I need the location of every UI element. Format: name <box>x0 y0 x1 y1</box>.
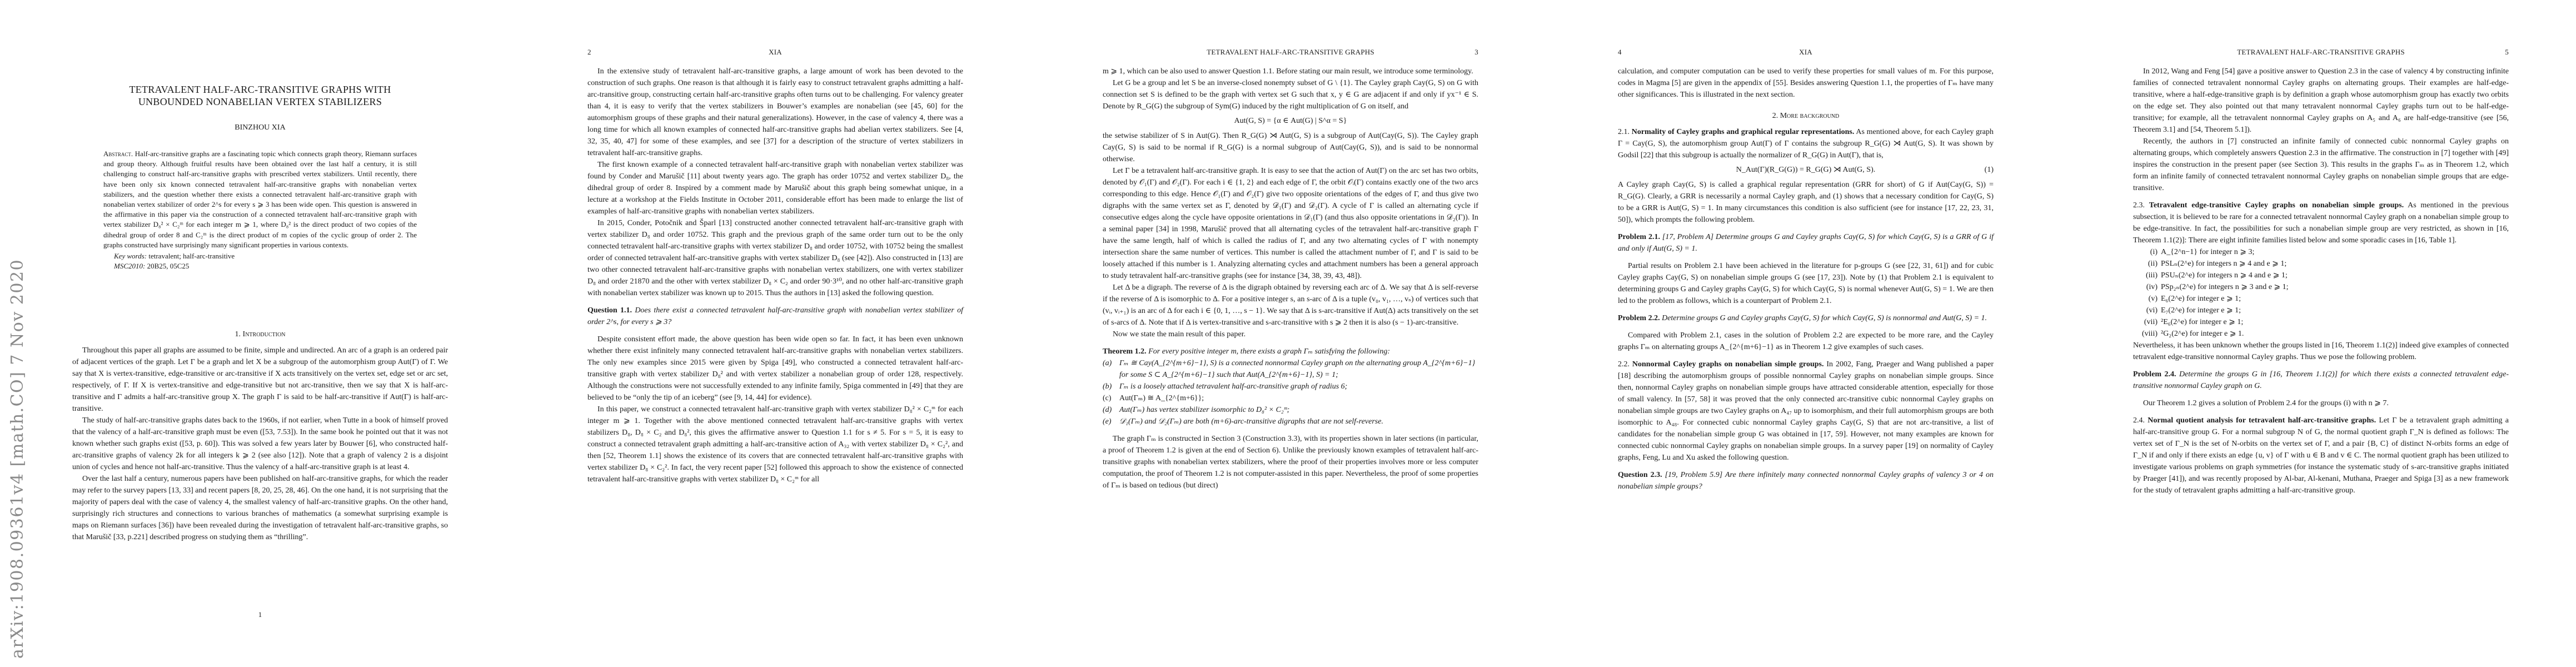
problem-label: Problem 2.1. <box>1618 233 1660 241</box>
item-text: PSLₙ(2^e) for integers n ⩾ 4 and e ⩾ 1; <box>2161 260 2286 268</box>
subsection-2-1: 2.1. Normality of Cayley graphs and grap… <box>1618 126 1994 161</box>
family-item: (ii)PSLₙ(2^e) for integers n ⩾ 4 and e ⩾… <box>2133 258 2509 270</box>
item-label: (c) <box>1103 392 1119 404</box>
subsection-title: Normal quotient analysis for tetravalent… <box>2148 416 2376 425</box>
item-label: (vi) <box>2133 305 2161 316</box>
page-body: In 2012, Wang and Feng [54] gave a posit… <box>2133 66 2509 496</box>
item-text: PSUₙ(2^e) for integers n ⩾ 4 and e ⩾ 1; <box>2161 271 2288 280</box>
paragraph: The graph Γₘ is constructed in Section 3… <box>1103 433 1478 491</box>
question-label: Question 1.1. <box>587 306 632 315</box>
subsection-number: 2.4. <box>2133 416 2145 425</box>
problem-2-2: Problem 2.2. Determine groups G and Cayl… <box>1618 312 1994 324</box>
subsection-number: 2.1. <box>1618 128 1630 136</box>
question-label: Question 2.3. <box>1618 471 1662 479</box>
family-item: (viii)²G₂(2^e) for integer e ⩾ 1. <box>2133 328 2509 340</box>
family-item: (vii)²E₆(2^e) for integer e ⩾ 1; <box>2133 316 2509 328</box>
page-4: 4 XIA calculation, and computer computat… <box>1546 0 2061 667</box>
paragraph: Nevertheless, it has been unknown whethe… <box>2133 340 2509 363</box>
paragraph: In this paper, we construct a connected … <box>587 404 963 485</box>
subsection-2-3: 2.3. Tetravalent edge-transitive Cayley … <box>2133 200 2509 246</box>
running-title: XIA <box>1618 48 1994 57</box>
paragraph: In the extensive study of tetravalent ha… <box>587 66 963 159</box>
running-title: XIA <box>587 48 963 57</box>
msc-value: 20B25, 05C25 <box>147 262 190 270</box>
item-label: (viii) <box>2133 328 2161 340</box>
item-text: Γₘ is a loosely attached tetravalent hal… <box>1119 382 1347 391</box>
abstract-label: Abstract. <box>103 150 133 158</box>
theorem-label: Theorem 1.2. <box>1103 347 1147 356</box>
page-5: TETRAVALENT HALF-ARC-TRANSITIVE GRAPHS 5… <box>2061 0 2576 667</box>
item-text: E₇(2^e) for integer e ⩾ 1; <box>2161 306 2241 315</box>
question-text: [19, Problem 5.9] Are there infinitely m… <box>1618 471 1994 491</box>
paragraph: A Cayley graph Cay(G, S) is called a gra… <box>1618 179 1994 226</box>
author-name: BINZHOU XIA <box>72 123 448 132</box>
item-text: Aut(Γₘ) has vertex stabilizer isomorphic… <box>1119 406 1289 414</box>
paragraph: Despite consistent effort made, the abov… <box>587 333 963 404</box>
title-block: TETRAVALENT HALF-ARC-TRANSITIVE GRAPHS W… <box>72 83 448 271</box>
arxiv-stamp: arXiv:1908.09361v4 [math.CO] 7 Nov 2020 <box>4 103 27 659</box>
family-item: (iv)PSp₂ₙ(2^e) for integers n ⩾ 3 and e … <box>2133 281 2509 293</box>
problem-2-1: Problem 2.1. [17, Problem A] Determine g… <box>1618 231 1994 255</box>
theorem-item-b: (b)Γₘ is a loosely attached tetravalent … <box>1103 381 1478 392</box>
running-title: TETRAVALENT HALF-ARC-TRANSITIVE GRAPHS <box>2133 48 2509 57</box>
page-body: In the extensive study of tetravalent ha… <box>587 66 963 485</box>
paragraph: In 2015, Conder, Potočnik and Šparl [13]… <box>587 217 963 299</box>
family-item: (v)E₆(2^e) for integer e ⩾ 1; <box>2133 293 2509 305</box>
item-label: (i) <box>2133 246 2161 258</box>
subsection-title: Nonnormal Cayley graphs on nonabelian si… <box>1632 360 1824 369</box>
section-heading: 2. More background <box>1618 112 1994 121</box>
abstract-text: Half-arc-transitive graphs are a fascina… <box>103 150 417 249</box>
item-label: (v) <box>2133 293 2161 305</box>
introduction-section: 1. Introduction Throughout this paper al… <box>72 330 448 543</box>
keywords-label: Key words: <box>114 252 147 260</box>
paragraph: Partial results on Problem 2.1 have been… <box>1618 260 1994 307</box>
running-head: 2 XIA <box>587 48 963 58</box>
family-list: (i)A_{2^n−1} for integer n ⩾ 3; (ii)PSLₙ… <box>2133 246 2509 340</box>
item-label: (vii) <box>2133 316 2161 328</box>
display-equation-1: N_Aut(Γ)(R_G(G)) = R_G(G) ⋊ Aut(G, S). (… <box>1618 163 1994 177</box>
paragraph: Over the last half a century, numerous p… <box>72 473 448 543</box>
arxiv-identifier[interactable]: arXiv:1908.09361v4 [math.CO] 7 Nov 2020 <box>8 259 27 659</box>
page-body: m ⩾ 1, which can be also used to answer … <box>1103 66 1478 491</box>
family-item: (iii)PSUₙ(2^e) for integers n ⩾ 4 and e … <box>2133 270 2509 281</box>
msc-label: MSC2010: <box>114 262 145 270</box>
running-head: TETRAVALENT HALF-ARC-TRANSITIVE GRAPHS 5 <box>2133 48 2509 58</box>
theorem-item-e: (e)𝒟₁(Γₘ) and 𝒟₂(Γₘ) are both (m+6)-arc-… <box>1103 416 1478 427</box>
item-label: (b) <box>1103 381 1119 392</box>
item-label: (d) <box>1103 404 1119 416</box>
question-text: Does there exist a connected tetravalent… <box>587 306 963 326</box>
paragraph: m ⩾ 1, which can be also used to answer … <box>1103 66 1478 77</box>
theorem-1-2: Theorem 1.2. For every positive integer … <box>1103 346 1478 357</box>
item-text: ²E₆(2^e) for integer e ⩾ 1; <box>2161 318 2243 326</box>
question-2-3: Question 2.3. [19, Problem 5.9] Are ther… <box>1618 469 1994 492</box>
paragraph: The study of half-arc-transitive graphs … <box>72 415 448 473</box>
subsection-2-2: 2.2. Nonnormal Cayley graphs on nonabeli… <box>1618 359 1994 464</box>
page-1: arXiv:1908.09361v4 [math.CO] 7 Nov 2020 … <box>0 0 515 667</box>
problem-label: Problem 2.2. <box>1618 314 1660 322</box>
page-number: 1 <box>72 610 448 619</box>
question-1-1: Question 1.1. Does there exist a connect… <box>587 305 963 328</box>
page-number: 5 <box>2505 48 2509 57</box>
item-text: Aut(Γₘ) ≅ A_{2^{m+6}}; <box>1119 394 1204 402</box>
subsection-text: In 2002, Fang, Praeger and Wang publishe… <box>1618 360 1994 462</box>
abstract: Abstract. Half-arc-transitive graphs are… <box>103 149 417 250</box>
paragraph: Throughout this paper all graphs are ass… <box>72 345 448 415</box>
problem-text: Determine groups G and Cayley graphs Cay… <box>1662 314 1987 322</box>
display-equation: Aut(G, S) = {α ∈ Aut(G) | S^α = S} <box>1103 115 1478 128</box>
title-line-1: TETRAVALENT HALF-ARC-TRANSITIVE GRAPHS W… <box>72 83 448 96</box>
paragraph: Let G be a group and let S be an inverse… <box>1103 77 1478 112</box>
problem-text: [17, Problem A] Determine groups G and C… <box>1618 233 1994 253</box>
section-heading: 1. Introduction <box>72 330 448 339</box>
item-label: (a) <box>1103 357 1119 369</box>
item-label: (iv) <box>2133 281 2161 293</box>
item-text: 𝒟₁(Γₘ) and 𝒟₂(Γₘ) are both (m+6)-arc-tra… <box>1119 417 1383 426</box>
item-label: (ii) <box>2133 258 2161 270</box>
item-text: E₆(2^e) for integer e ⩾ 1; <box>2161 295 2241 303</box>
equation: N_Aut(Γ)(R_G(G)) = R_G(G) ⋊ Aut(G, S). <box>1736 166 1875 174</box>
item-text: PSp₂ₙ(2^e) for integers n ⩾ 3 and e ⩾ 1; <box>2161 283 2289 291</box>
item-text: Γₘ ≅ Cay(A_{2^{m+6}−1}, S) is a connecte… <box>1119 359 1475 379</box>
subsection-number: 2.2. <box>1618 360 1630 369</box>
running-title: TETRAVALENT HALF-ARC-TRANSITIVE GRAPHS <box>1103 48 1478 57</box>
running-head: 4 XIA <box>1618 48 1994 58</box>
paragraph: Let Γ be a tetravalent half-arc-transiti… <box>1103 165 1478 282</box>
theorem-item-a: (a)Γₘ ≅ Cay(A_{2^{m+6}−1}, S) is a conne… <box>1103 357 1478 381</box>
problem-2-4: Problem 2.4. Determine the groups G in [… <box>2133 369 2509 392</box>
page-2: 2 XIA In the extensive study of tetraval… <box>515 0 1030 667</box>
subsection-text: Let Γ be a tetravalent graph admitting a… <box>2133 416 2509 495</box>
subsection-number: 2.3. <box>2133 201 2145 210</box>
paragraph: Now we state the main result of this pap… <box>1103 328 1478 340</box>
problem-text: Determine the groups G in [16, Theorem 1… <box>2133 370 2509 390</box>
item-text: A_{2^n−1} for integer n ⩾ 3; <box>2161 248 2254 256</box>
family-item: (i)A_{2^n−1} for integer n ⩾ 3; <box>2133 246 2509 258</box>
title-line-2: UNBOUNDED NONABELIAN VERTEX STABILIZERS <box>72 96 448 108</box>
paragraph: In 2012, Wang and Feng [54] gave a posit… <box>2133 66 2509 136</box>
problem-label: Problem 2.4. <box>2133 370 2176 379</box>
paragraph: Let Δ be a digraph. The reverse of Δ is … <box>1103 282 1478 328</box>
item-text: ²G₂(2^e) for integer e ⩾ 1. <box>2161 330 2244 338</box>
keywords-value: tetravalent; half-arc-transitive <box>148 252 235 260</box>
page-3: TETRAVALENT HALF-ARC-TRANSITIVE GRAPHS 3… <box>1030 0 1546 667</box>
paragraph: Our Theorem 1.2 gives a solution of Prob… <box>2133 397 2509 409</box>
equation-number: (1) <box>1985 163 1994 177</box>
pdf-page-spread: arXiv:1908.09361v4 [math.CO] 7 Nov 2020 … <box>0 0 2576 667</box>
theorem-item-d: (d)Aut(Γₘ) has vertex stabilizer isomorp… <box>1103 404 1478 416</box>
item-label: (iii) <box>2133 270 2161 281</box>
theorem-item-c: (c)Aut(Γₘ) ≅ A_{2^{m+6}}; <box>1103 392 1478 404</box>
paragraph: calculation, and computer computation ca… <box>1618 66 1994 101</box>
paragraph: the setwise stabilizer of S in Aut(G). T… <box>1103 130 1478 165</box>
subsection-title: Tetravalent edge-transitive Cayley graph… <box>2149 201 2404 210</box>
family-item: (vi)E₇(2^e) for integer e ⩾ 1; <box>2133 305 2509 316</box>
paragraph: Compared with Problem 2.1, cases in the … <box>1618 330 1994 353</box>
paragraph: The first known example of a connected t… <box>587 159 963 217</box>
subsection-title: Normality of Cayley graphs and graphical… <box>1632 128 1855 136</box>
page-number: 3 <box>1474 48 1478 57</box>
paper-title: TETRAVALENT HALF-ARC-TRANSITIVE GRAPHS W… <box>72 83 448 108</box>
theorem-text: For every positive integer m, there exis… <box>1148 347 1390 356</box>
paragraph: Recently, the authors in [7] constructed… <box>2133 136 2509 194</box>
item-label: (e) <box>1103 416 1119 427</box>
keywords-line: Key words: tetravalent; half-arc-transit… <box>114 251 448 261</box>
running-head: TETRAVALENT HALF-ARC-TRANSITIVE GRAPHS 3 <box>1103 48 1478 58</box>
msc-line: MSC2010: 20B25, 05C25 <box>114 261 448 271</box>
page-body: calculation, and computer computation ca… <box>1618 66 1994 492</box>
subsection-2-4: 2.4. Normal quotient analysis for tetrav… <box>2133 415 2509 496</box>
